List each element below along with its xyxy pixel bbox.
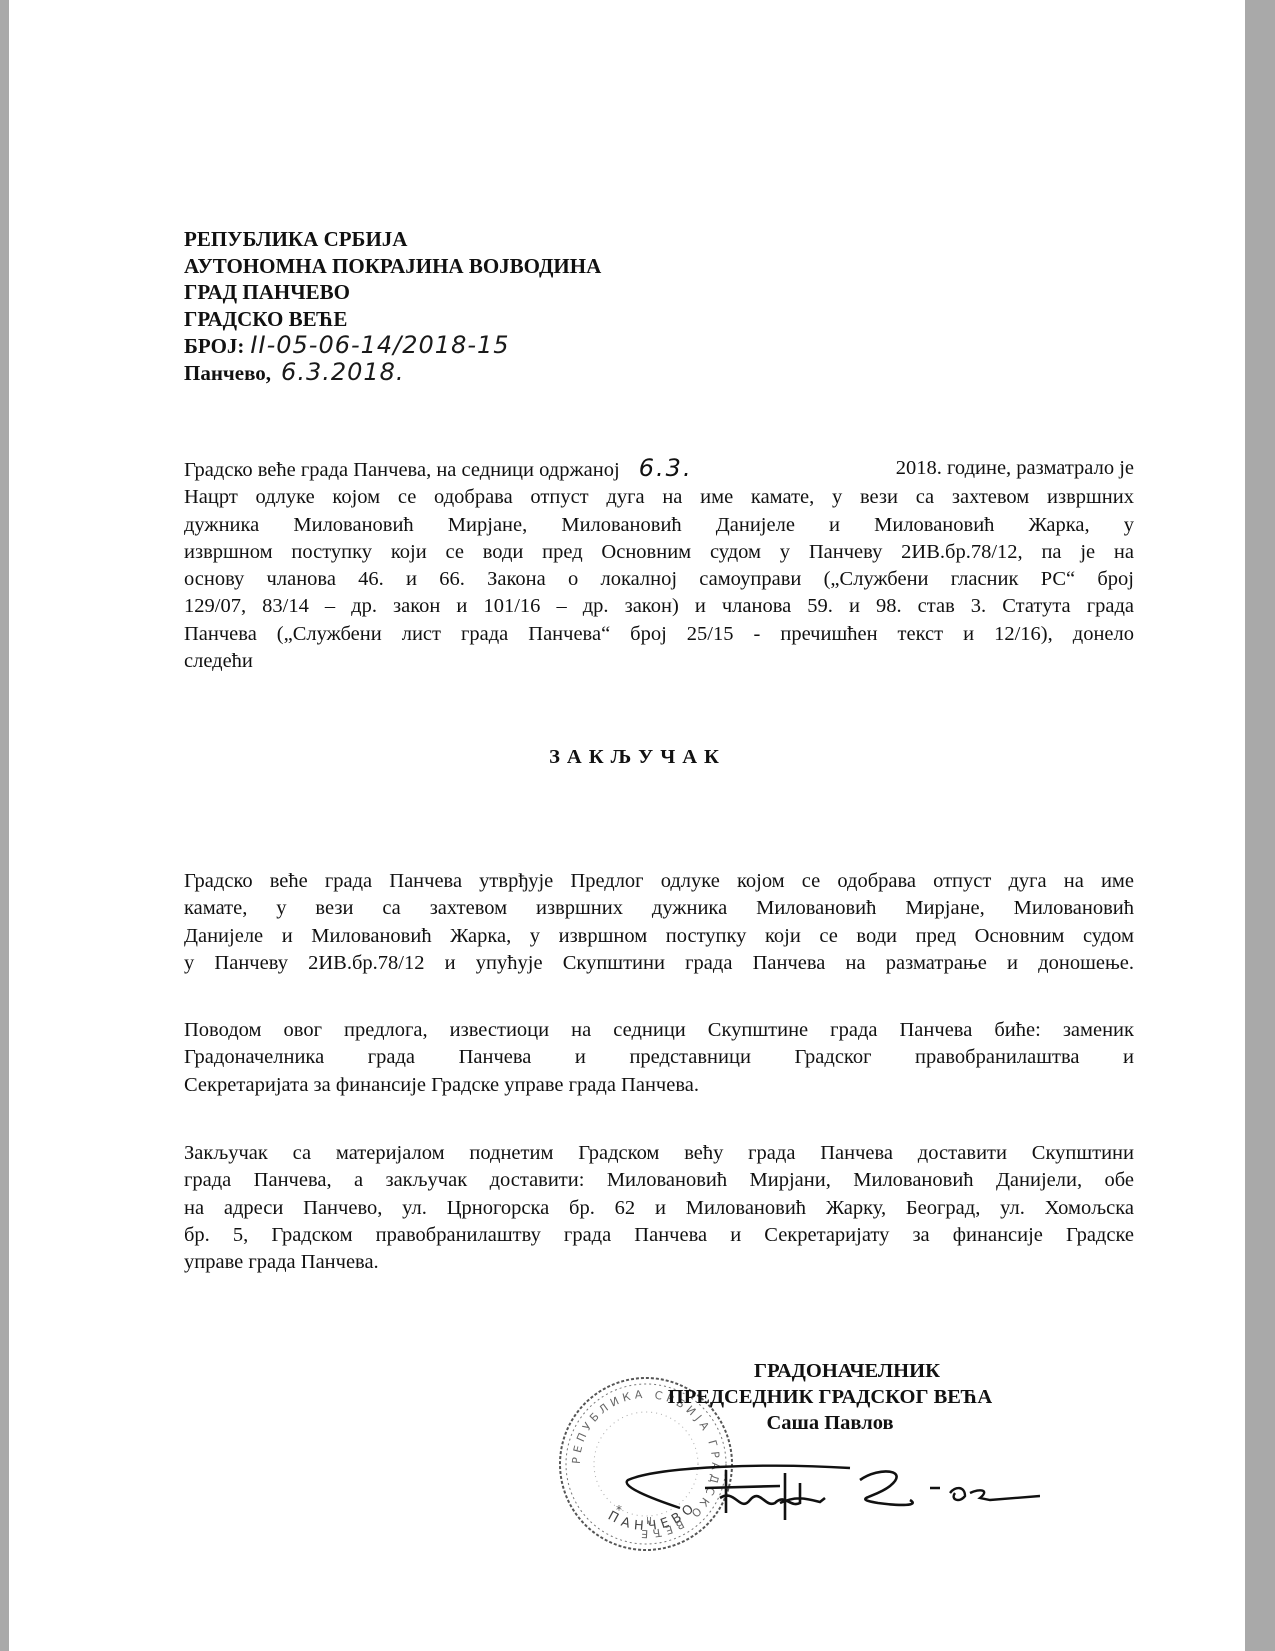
conclusion-paragraph-3: Закључак са материјалом поднетим Градско… — [184, 1140, 1134, 1276]
p1-line-1: Градско веће града Панчева утврђује Пред… — [184, 868, 1134, 895]
preamble-paragraph: Градско веће града Панчева, на седници о… — [184, 455, 1134, 675]
handwritten-number: II-05-06-14/2018-15 — [250, 331, 509, 359]
p2-line-3: Секретаријата за финансије Градске управ… — [184, 1072, 1134, 1099]
conclusion-paragraph-2: Поводом овог предлога, известиоци на сед… — [184, 1017, 1134, 1099]
header-line-council: ГРАДСКО ВЕЋЕ — [184, 306, 601, 333]
p2-line-1: Поводом овог предлога, известиоци на сед… — [184, 1017, 1134, 1044]
signature-block: ГРАДОНАЧЕЛНИК ПРЕДСЕДНИК ГРАДСКОГ ВЕЋА С… — [640, 1358, 1020, 1436]
preamble-line-5: основу чланова 46. и 66. Закона о локалн… — [184, 566, 1134, 593]
scan-edge-left — [0, 0, 9, 1651]
preamble-line-6: 129/07, 83/14 – др. закон и 101/16 – др.… — [184, 593, 1134, 620]
header-number-row: БРОЈ:II-05-06-14/2018-15 — [184, 332, 601, 359]
p3-line-4: бр. 5, Градском правобранилаштву града П… — [184, 1222, 1134, 1249]
p1-line-4: у Панчеву 2ИВ.бр.78/12 и упућује Скупшти… — [184, 950, 1134, 977]
handwritten-signature-icon — [620, 1458, 1040, 1538]
p3-line-5: управе града Панчева. — [184, 1249, 1134, 1276]
header-line-republic: РЕПУБЛИКА СРБИЈА — [184, 226, 601, 253]
document-title: ЗАКЉУЧАК — [0, 746, 1275, 769]
preamble-line-4: извршном поступку који се води пред Осно… — [184, 539, 1134, 566]
scan-edge-right — [1245, 0, 1275, 1651]
p2-line-2: Градоначелника града Панчева и представн… — [184, 1044, 1134, 1071]
conclusion-paragraph-1: Градско веће града Панчева утврђује Пред… — [184, 868, 1134, 977]
document-header: РЕПУБЛИКА СРБИЈА АУТОНОМНА ПОКРАЈИНА ВОЈ… — [184, 226, 601, 385]
signatory-name: Саша Павлов — [640, 1410, 1020, 1436]
place-label: Панчево, — [184, 361, 271, 385]
preamble-line-7: Панчева („Службени лист града Панчева“ б… — [184, 621, 1134, 648]
header-line-province: АУТОНОМНА ПОКРАЈИНА ВОЈВОДИНА — [184, 253, 601, 280]
signatory-title-president: ПРЕДСЕДНИК ГРАДСКОГ ВЕЋА — [640, 1384, 1020, 1410]
signatory-title-mayor: ГРАДОНАЧЕЛНИК — [640, 1358, 1020, 1384]
p1-line-3: Данијеле и Миловановић Жарка, у извршном… — [184, 923, 1134, 950]
p3-line-3: на адреси Панчево, ул. Црногорска бр. 62… — [184, 1195, 1134, 1222]
p3-line-2: града Панчева, а закључак доставити: Мил… — [184, 1167, 1134, 1194]
preamble-line-3: дужника Миловановић Мирјане, Миловановић… — [184, 512, 1134, 539]
p3-line-1: Закључак са материјалом поднетим Градско… — [184, 1140, 1134, 1167]
preamble-line-2: Нацрт одлуке којом се одобрава отпуст ду… — [184, 484, 1134, 511]
preamble-line-1: Градско веће града Панчева, на седници о… — [184, 455, 1134, 484]
handwritten-session-date: 6.3. — [639, 455, 747, 482]
preamble-line-8: следећи — [184, 648, 1134, 675]
p1-line-2: камате, у вези са захтевом извршних дужн… — [184, 895, 1134, 922]
header-place-row: Панчево,6.3.2018. — [184, 359, 601, 386]
handwritten-date: 6.3.2018. — [281, 358, 405, 386]
header-line-city: ГРАД ПАНЧЕВО — [184, 279, 601, 306]
number-label: БРОЈ: — [184, 334, 244, 358]
